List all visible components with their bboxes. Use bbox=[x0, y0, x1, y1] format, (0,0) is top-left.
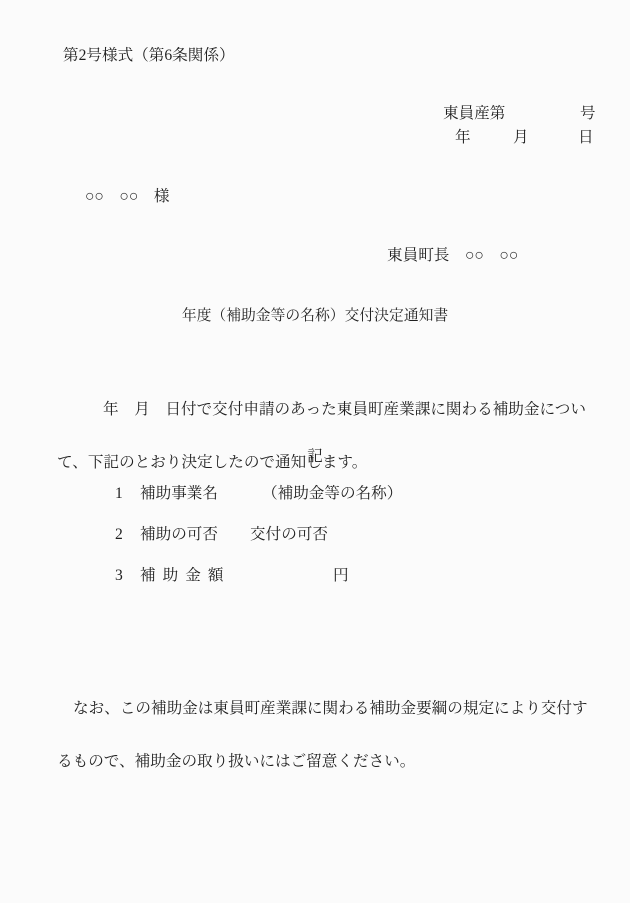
document-page: 第2号様式（第6条関係） 東員産第 号 年 月 日 ○○ ○○ 様 東員町長 ○… bbox=[0, 0, 630, 903]
item-3-number: 3 bbox=[115, 568, 123, 584]
doc-number-prefix: 東員産第 bbox=[443, 106, 505, 122]
item-2-number: 2 bbox=[115, 527, 123, 543]
list-item-2: 2 補助の可否 交付の可否 bbox=[0, 527, 630, 545]
item-2-label: 補助の可否 bbox=[140, 527, 218, 543]
body-line-1: 年 月 日付で交付申請のあった東員町産業課に関わる補助金につい bbox=[57, 399, 602, 421]
item-1-value: （補助金等の名称） bbox=[262, 486, 402, 502]
sender-name: 東員町長 ○○ ○○ bbox=[387, 248, 518, 264]
recipient-name: ○○ ○○ 様 bbox=[85, 189, 169, 205]
item-3-label: 補助金額 bbox=[140, 568, 230, 584]
doc-number-suffix: 号 bbox=[580, 106, 596, 122]
note-line-1: なお、この補助金は東員町産業課に関わる補助金要綱の規定により交付す bbox=[57, 698, 602, 720]
form-number: 第2号様式（第6条関係） bbox=[63, 48, 235, 64]
date-year-label: 年 bbox=[455, 130, 471, 146]
list-item-3: 3 補助金額 円 bbox=[0, 568, 630, 586]
item-1-label: 補助事業名 bbox=[140, 486, 218, 502]
list-item-1: 1 補助事業名 （補助金等の名称） bbox=[0, 486, 630, 504]
note-line-2: るもので、補助金の取り扱いにはご留意ください。 bbox=[57, 751, 602, 773]
item-2-value: 交付の可否 bbox=[250, 527, 328, 543]
item-1-number: 1 bbox=[115, 486, 123, 502]
item-3-value: 円 bbox=[333, 568, 349, 584]
document-title: 年度（補助金等の名称）交付決定通知書 bbox=[0, 309, 630, 324]
date-day-label: 日 bbox=[578, 130, 594, 146]
ki-heading: 記 bbox=[0, 449, 630, 465]
note-paragraph: なお、この補助金は東員町産業課に関わる補助金要綱の規定により交付す るもので、補… bbox=[57, 667, 602, 804]
date-month-label: 月 bbox=[513, 130, 529, 146]
